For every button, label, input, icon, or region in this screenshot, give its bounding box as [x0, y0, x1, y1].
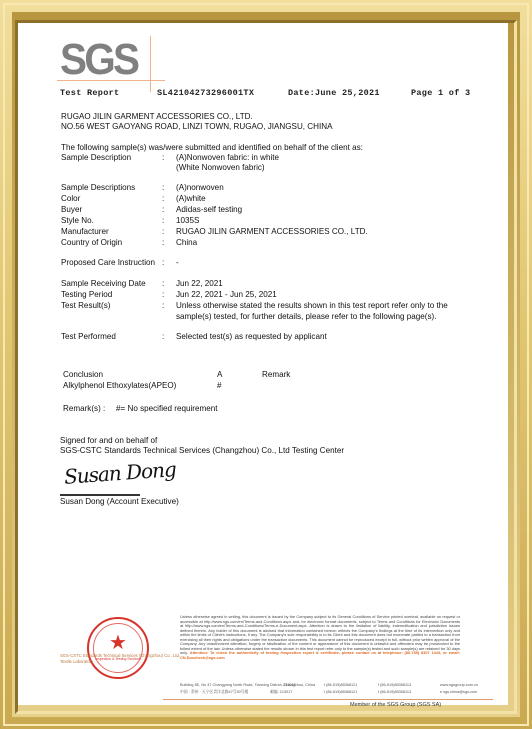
field-colon: : [162, 332, 164, 341]
authenticity-attention: Attention: To check the authenticity of … [180, 650, 460, 660]
field-label: Buyer [61, 205, 82, 214]
report-date: Date:June 25,2021 [288, 88, 380, 98]
field-value: China [176, 238, 197, 247]
stamp-organization: SGS-CSTC Standards Technical Services (C… [60, 653, 180, 665]
handwritten-signature: Susan Dong [63, 457, 176, 489]
signed-on-behalf: Signed for and on behalf of [60, 436, 157, 445]
field-label: Manufacturer [61, 227, 109, 236]
sgs-logo: SGS [60, 38, 137, 82]
field-value: (A)Nonwoven fabric: in white [176, 153, 279, 162]
signature-line [60, 494, 140, 496]
terms-fine-print: Unless otherwise agreed in writing, this… [180, 615, 460, 660]
remark-header: Remark [262, 370, 290, 379]
field-value: Selected test(s) as requested by applica… [176, 332, 327, 341]
field-label: Style No. [61, 216, 94, 225]
field-value: Jun 22, 2021 - Jun 25, 2021 [176, 290, 277, 299]
remarks-text: #= No specified requirement [116, 404, 217, 413]
footer-rule [163, 699, 493, 700]
field-label: Sample Description [61, 153, 131, 162]
field-colon: : [162, 205, 164, 214]
address-cn: 中国 · 常州 · 天宁区青洋北路47号30号楼 [180, 690, 248, 695]
client-name: RUGAO JILIN GARMENT ACCESSORIES CO., LTD… [61, 112, 253, 121]
field-value: Adidas-self testing [176, 205, 242, 214]
field-colon: : [162, 153, 164, 162]
stamp-org-line1: SGS-CSTC Standards Technical Services (C… [60, 653, 180, 659]
address-cn-zip: 邮编: 213017 [270, 690, 292, 695]
intro-text: The following sample(s) was/were submitt… [61, 143, 363, 152]
test-result-a: # [217, 381, 222, 390]
field-label: Test Result(s) [61, 301, 110, 310]
field-value: Jun 22, 2021 [176, 279, 223, 288]
conclusion-header: Conclusion [63, 370, 103, 379]
report-number: SL42104273296001TX [157, 88, 254, 98]
report-label: Test Report [60, 88, 119, 98]
field-value: 1035S [176, 216, 199, 225]
field-value: Unless otherwise stated the results show… [176, 301, 448, 310]
field-colon: : [162, 258, 164, 267]
field-colon: : [162, 238, 164, 247]
field-value: RUGAO JILIN GARMENT ACCESSORIES CO., LTD… [176, 227, 368, 236]
stamp-org-line2: Textile Laboratory [60, 659, 180, 665]
logo-rule-horizontal [57, 80, 165, 81]
signing-organization: SGS-CSTC Standards Technical Services (C… [60, 446, 344, 455]
address-en-fax: f (86-519)85358113 [378, 683, 411, 687]
field-label: Sample Descriptions [61, 183, 135, 192]
field-colon: : [162, 279, 164, 288]
certificate-paper: SGS Test Report SL42104273296001TX Date:… [18, 23, 508, 705]
terms-body: Unless otherwise agreed in writing, this… [180, 614, 460, 655]
address-en-zip: 213017 [283, 683, 296, 687]
field-label: Sample Receiving Date [61, 279, 146, 288]
field-value-2: (White Nonwoven fabric) [176, 163, 265, 172]
field-colon: : [162, 227, 164, 236]
page-indicator: Page 1 of 3 [411, 88, 470, 98]
signatory-name: Susan Dong (Account Executive) [60, 497, 179, 506]
field-label: Testing Period [61, 290, 112, 299]
sample-a-header: A [217, 370, 222, 379]
field-value: (A)nonwoven [176, 183, 224, 192]
logo-rule-vertical [150, 36, 151, 92]
remarks-label: Remark(s) : [63, 404, 105, 413]
email-link[interactable]: e sgs.china@sgs.com [440, 690, 477, 694]
website-link[interactable]: www.sgsgroup.com.cn [440, 683, 478, 687]
field-colon: : [162, 194, 164, 203]
address-cn-tel: t (86-519)85368121 [324, 690, 357, 694]
field-value: (A)white [176, 194, 206, 203]
field-label: Color [61, 194, 80, 203]
address-cn-fax: f (86-519)85358113 [378, 690, 411, 694]
field-colon: : [162, 216, 164, 225]
field-label: Proposed Care Instruction [61, 258, 155, 267]
field-value: - [176, 258, 179, 267]
test-item: Alkylphenol Ethoxylates(APEO) [63, 381, 176, 390]
field-label: Country of Origin [61, 238, 122, 247]
field-value-2: sample(s) tested, for further details, p… [176, 312, 436, 321]
field-colon: : [162, 290, 164, 299]
star-icon: ★ [89, 633, 147, 653]
address-en-tel: t (86-519)85368121 [324, 683, 357, 687]
sgs-group-member: Member of the SGS Group (SGS SA) [350, 702, 441, 708]
client-address: NO.56 WEST GAOYANG ROAD, LINZI TOWN, RUG… [61, 122, 332, 131]
field-colon: : [162, 301, 164, 310]
field-colon: : [162, 183, 164, 192]
field-label: Test Performed [61, 332, 116, 341]
company-seal: ★ Inspection & Testing Services [87, 617, 149, 679]
